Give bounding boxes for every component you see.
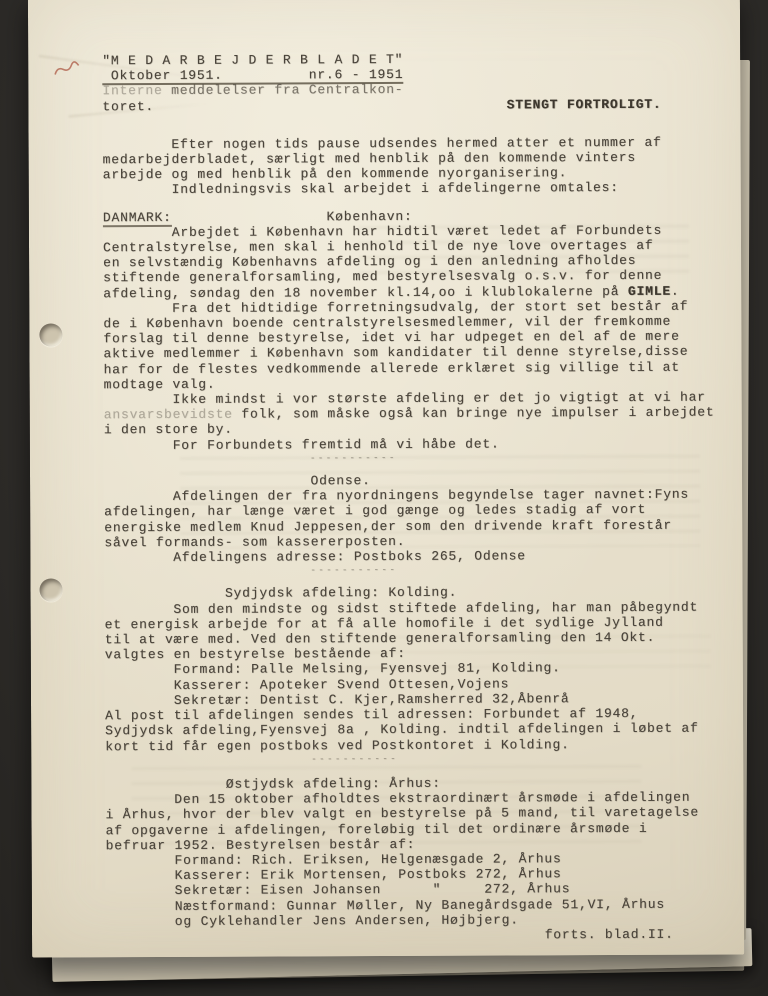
section-separator: -----------: [105, 751, 743, 769]
document-line: energiske medlem Knud Jeppesen,der som d…: [104, 517, 742, 535]
document-line: Næstformand: Gunnar Møller, Ny Banegårds…: [106, 896, 744, 914]
document-line: Centralstyrelse, men skal i henhold til …: [103, 237, 741, 255]
document-line: i Århus, hvor der blev valgt en bestyrel…: [105, 805, 743, 823]
document-line: Indledningsvis skal arbejdet i afdelinge…: [103, 180, 741, 198]
document-line: Sydjydsk afdeling,Fyensvej 8a , Kolding.…: [105, 721, 743, 739]
section-separator: -----------: [104, 563, 742, 581]
document-line: Efter nogen tids pause udsendes hermed a…: [103, 134, 741, 152]
paper-sheet: "M E D A R B E J D E R B L A D E T" Okto…: [28, 0, 744, 958]
document-line: forts. blad.II.: [106, 926, 744, 944]
document-line: ansvarsbevidste folk, som måske også kan…: [104, 405, 742, 423]
document-text: "M E D A R B E J D E R B L A D E T" Okto…: [28, 0, 744, 958]
document-line: toret. STENGT FORTROLIGT.: [102, 96, 740, 114]
document-line: har for de flestes vedkommende allerede …: [104, 359, 742, 377]
document-line: til at være med. Ved den stiftende gener…: [105, 630, 743, 648]
document-line: Afdelingen der fra nyordningens begyndel…: [104, 487, 742, 505]
section-separator: -----------: [104, 450, 742, 468]
photo-of-document: { "document": { "kind": "typewritten-let…: [0, 0, 768, 996]
